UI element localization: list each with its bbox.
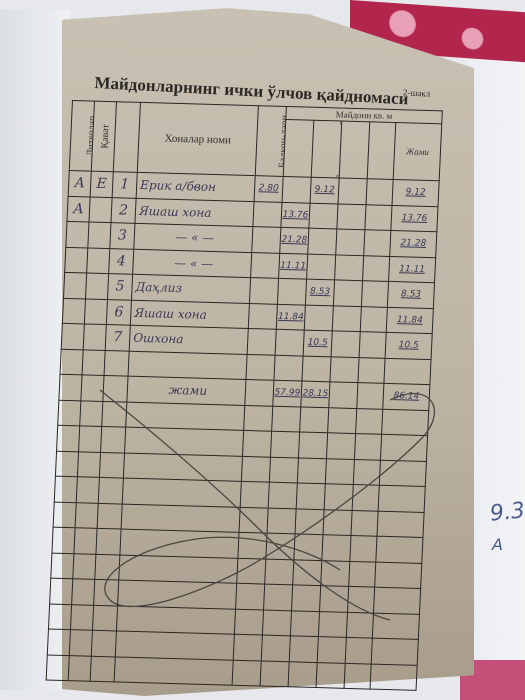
cell-floor (83, 324, 106, 350)
cell-total: 11.11 (389, 256, 436, 283)
header-floor: Қават (91, 101, 116, 172)
header-room-name: Хоналар номи (137, 102, 258, 175)
cell-extra (338, 178, 367, 204)
side-note-number: 9.3 (489, 498, 525, 527)
cell-liter (62, 298, 85, 324)
cell-balcony (252, 227, 281, 253)
background-right (465, 40, 525, 700)
cell-extra (365, 204, 392, 230)
cell-extra (359, 332, 386, 358)
cell-living: 11.11 (279, 253, 308, 279)
cell-floor (89, 197, 112, 223)
cell-floor (84, 298, 107, 324)
cell-floor: Е (90, 171, 113, 197)
side-note-letter: А (492, 535, 503, 554)
cell-extra (360, 306, 387, 332)
cell-aux (307, 254, 336, 280)
cell-extra (335, 254, 364, 280)
cell-liter: А (67, 196, 90, 222)
cell-aux: 10.5 (303, 330, 332, 356)
cell-no: 1 (112, 172, 137, 198)
cell-balcony (249, 278, 278, 304)
cell-aux (309, 203, 338, 229)
cell-no: 7 (105, 325, 130, 351)
cell-total: 13.76 (391, 205, 438, 232)
header-liter: Литерлар (69, 101, 94, 172)
cell-name: Даҳлиз (131, 274, 250, 303)
header-room-no: Хоналар рақами (113, 102, 140, 173)
cell-total: 21.28 (390, 230, 437, 257)
cell-balcony (248, 303, 277, 329)
cell-no: 6 (106, 299, 131, 325)
cell-liter (61, 323, 84, 349)
cell-extra (366, 179, 393, 205)
cell-aux (308, 228, 337, 254)
cell-aux: 8.53 (305, 279, 334, 305)
cell-living: 13.76 (281, 202, 310, 228)
cell-total: 8.53 (387, 281, 434, 308)
cell-floor (86, 273, 109, 299)
cell-no: 2 (111, 197, 136, 223)
cell-extra (361, 281, 388, 307)
cell-floor (87, 247, 110, 273)
cell-total: 10.5 (385, 332, 432, 359)
cell-floor (88, 222, 111, 248)
cell-name: Яшаш хона (130, 300, 249, 329)
cell-extra (333, 280, 362, 306)
cell-extra (337, 203, 366, 229)
cell-name: Ошхона (129, 325, 248, 354)
cross-out-scribble (90, 370, 450, 640)
cell-liter (66, 221, 89, 247)
header-total: Жами (393, 123, 442, 181)
cell-balcony (247, 329, 276, 355)
cell-name: Яшаш хона (135, 198, 254, 227)
cell-balcony (251, 252, 280, 278)
cell-extra (363, 255, 390, 281)
cell-aux: 9.12 (310, 177, 339, 203)
cell-liter (64, 272, 87, 298)
cell-extra (331, 331, 360, 357)
cell-name: — « — (133, 249, 252, 278)
cell-living: 11.84 (276, 304, 305, 330)
cell-living: 21.28 (280, 227, 309, 253)
cell-balcony (253, 201, 282, 227)
header-extra-1 (339, 121, 370, 179)
cell-no: 5 (107, 274, 132, 300)
cell-living (275, 329, 304, 355)
header-extra-2 (367, 122, 396, 180)
cell-name: Ерик а/бвон (136, 172, 255, 201)
cell-total: 9.12 (392, 179, 439, 206)
cell-aux (304, 305, 333, 331)
cell-extra (332, 305, 361, 331)
cell-liter (65, 247, 88, 273)
cell-extra (364, 230, 391, 256)
form-code: 2-шакл (403, 87, 431, 98)
cell-no: 3 (110, 223, 135, 249)
cell-no: 4 (109, 248, 134, 274)
cell-living (282, 176, 311, 202)
cell-name: — « — (134, 223, 253, 252)
cell-liter: А (68, 170, 91, 196)
header-balconies: Балкон-лари (255, 106, 286, 177)
cell-total: 11.84 (386, 307, 433, 334)
cell-extra (336, 229, 365, 255)
header-living: Яшаш-даги жой (283, 119, 314, 177)
header-auxiliary: Ёрдам-чи жой (311, 120, 342, 178)
cell-balcony: 2.80 (254, 176, 283, 202)
cell-living (277, 278, 306, 304)
